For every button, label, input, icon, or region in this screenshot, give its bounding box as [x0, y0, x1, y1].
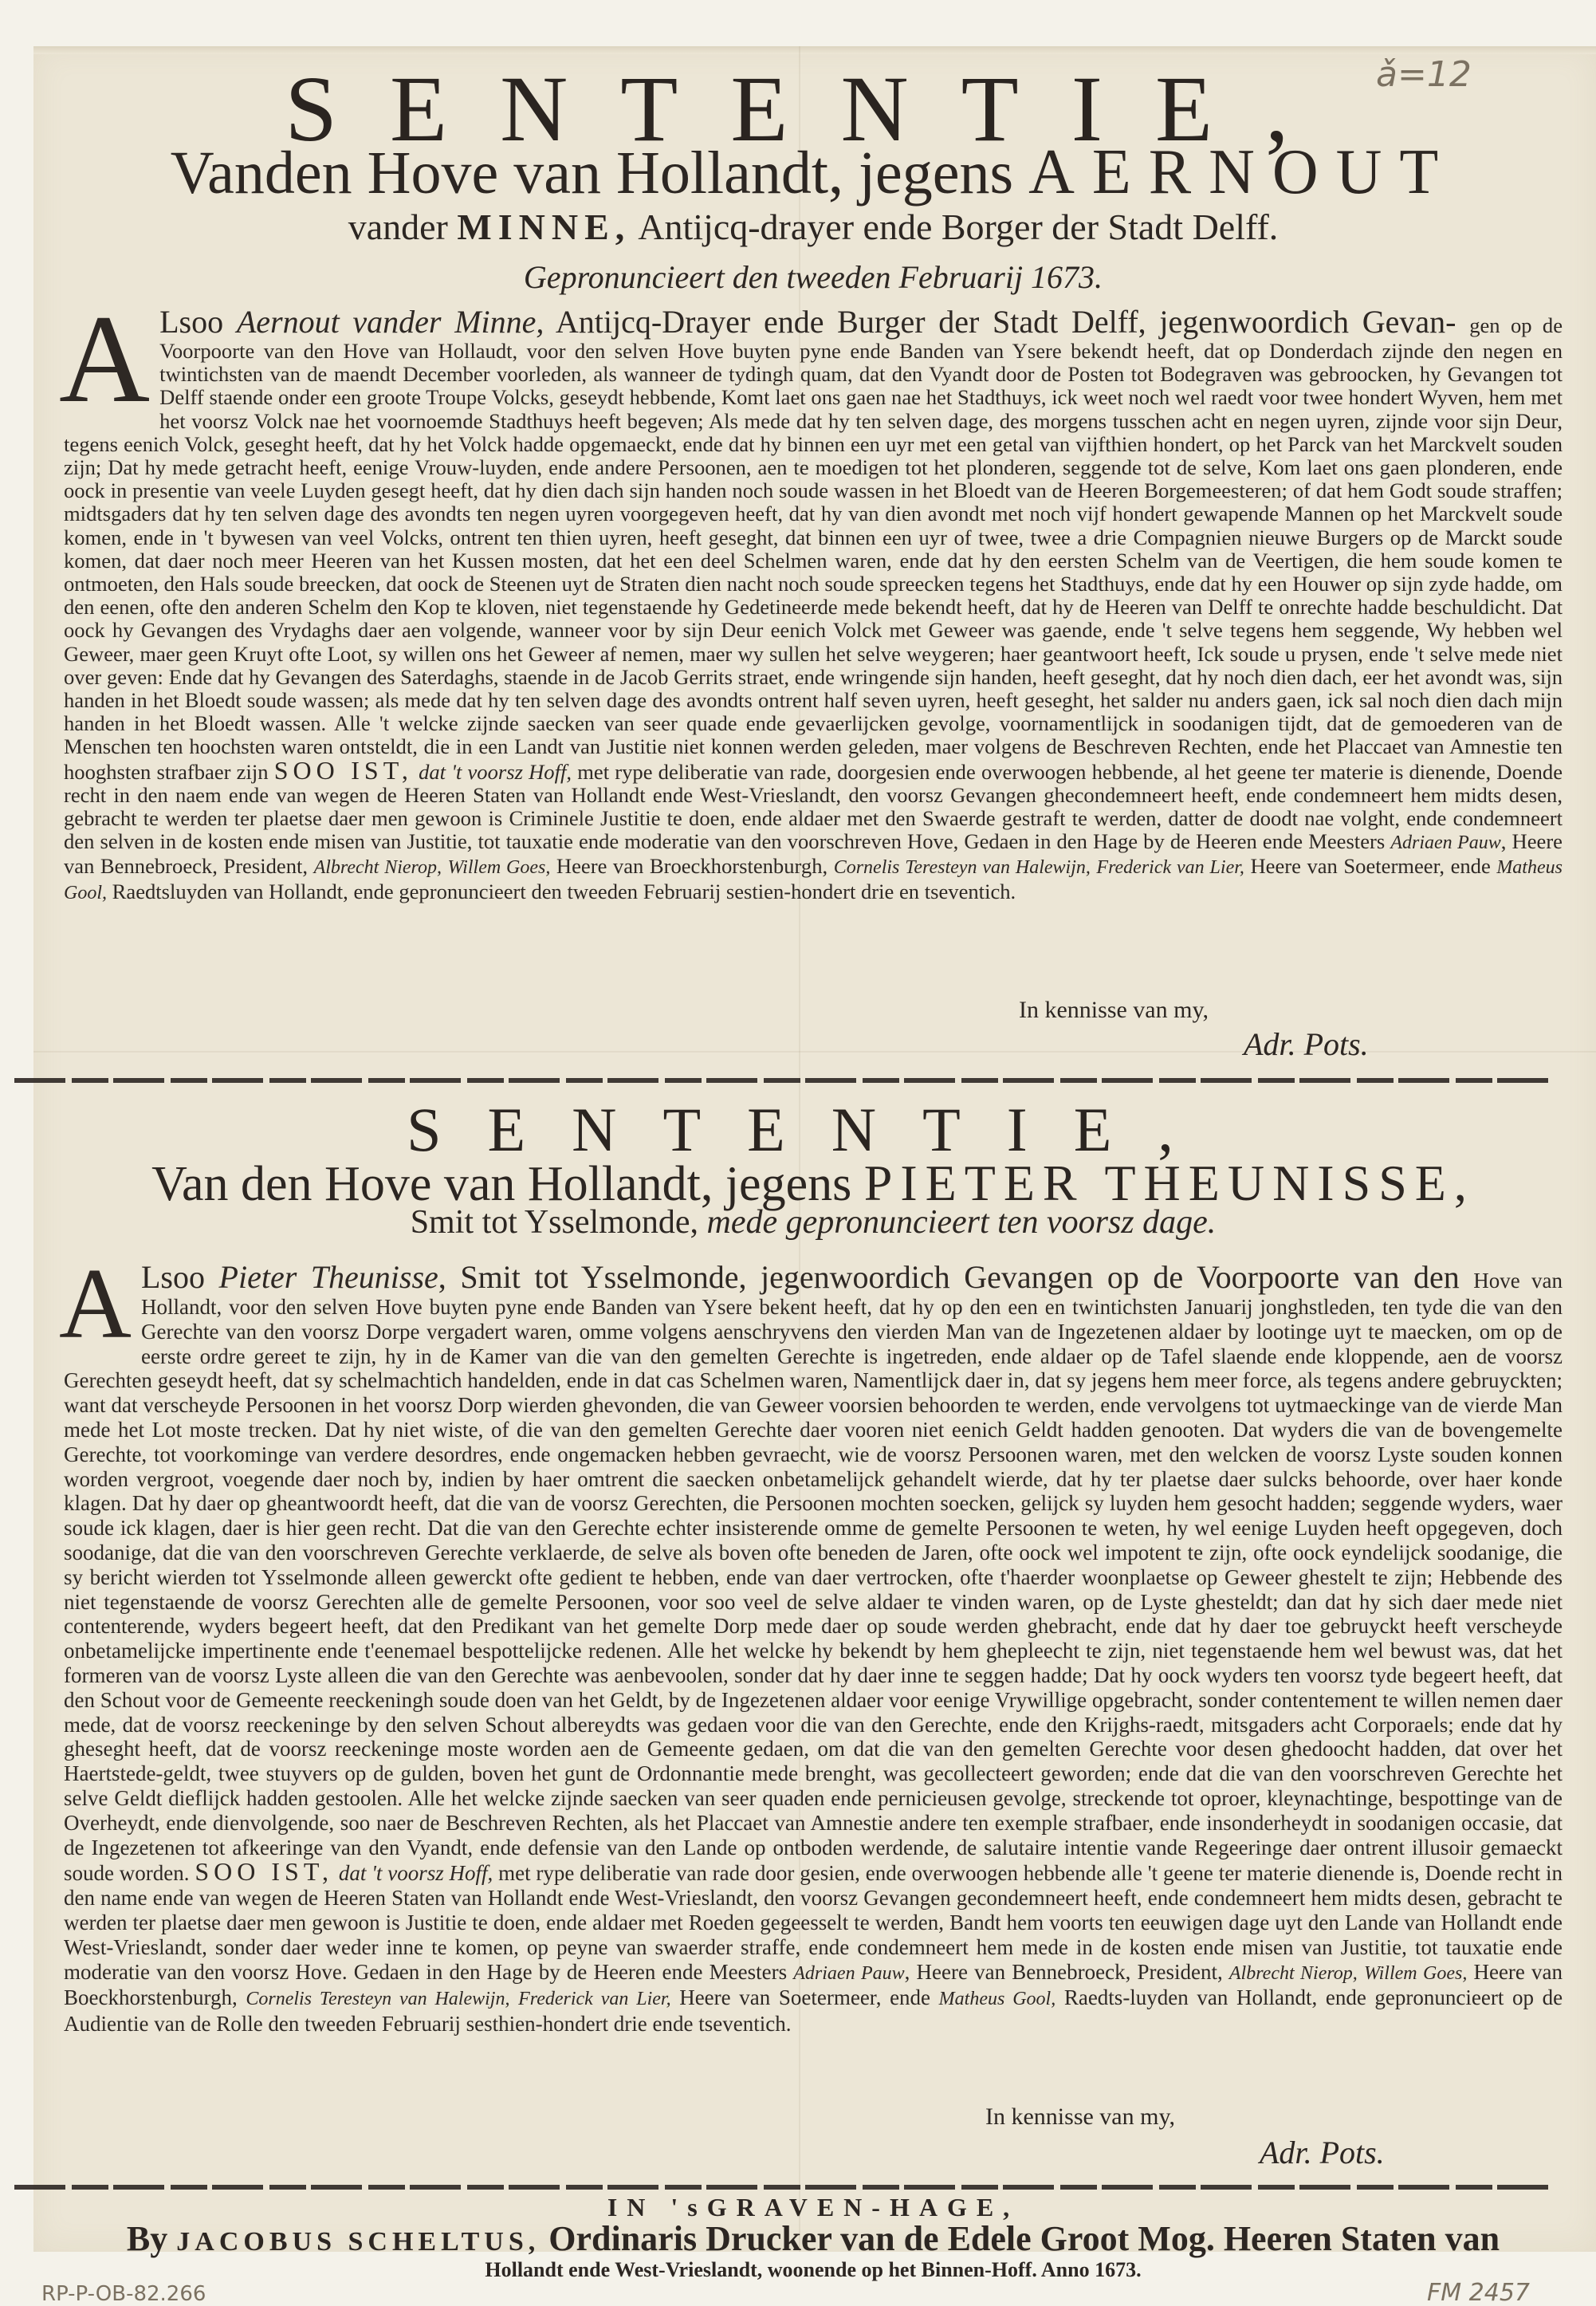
sentence1-subtitle-prefix: Vanden Hove van Hollandt, jegens: [171, 140, 1013, 207]
imprint-address: Hollandt ende West-Vrieslandt, woonende …: [485, 2258, 1036, 2281]
imprint-year: Anno 1673.: [1041, 2258, 1142, 2281]
sentence2-soo-ist: SOO IST,: [195, 1857, 333, 1886]
sentence2-body-part1: Hove van Hollandt, voor den selven Hove …: [64, 1269, 1563, 1885]
judge-name: Frederick van Lier,: [518, 1989, 670, 2009]
judge-name: Adriaen Pauw: [793, 1963, 904, 1984]
sentence1-subtitle: Vanden Hove van Hollandt, jegens AERNOUT: [64, 140, 1563, 204]
imprint-place: IN 'sGRAVEN-HAGE,: [64, 2194, 1563, 2220]
judge-title: Heere van Broeckhorstenburgh,: [556, 854, 827, 878]
judge-name: Cornelis Teresteyn van Halewijn,: [834, 857, 1091, 878]
sentence1-body-part1: gen op de Voorpoorte van den Hove van Ho…: [64, 313, 1563, 784]
judge-title: , Heere van Bennebroeck, President,: [905, 1960, 1223, 1984]
lead-text: Lsoo: [141, 1259, 205, 1295]
sentence2-line2-italic: mede gepronuncieert ten voorsz dage.: [707, 1204, 1217, 1241]
judge-name: Albrecht Nierop,: [314, 857, 442, 878]
lead-name: Pieter Theunisse: [219, 1259, 438, 1295]
sentence2-subtitle: Van den Hove van Hollandt, jegens PIETER…: [64, 1158, 1563, 1209]
lead-text: Lsoo: [159, 304, 223, 340]
sentence1-soo-ist: SOO IST,: [274, 756, 413, 785]
imprint-printer-name: JACOBUS SCHELTUS,: [176, 2227, 540, 2257]
sentence1-subtitle-line2: vander MINNE, Antijcq-drayer ende Borger…: [64, 209, 1563, 246]
sentence1-body: A Lsoo Aernout vander Minne, Antijcq-Dra…: [64, 305, 1563, 905]
lead-name: Aernout vander Minne,: [237, 304, 544, 340]
sentence2-signature: Adr. Pots.: [1260, 2137, 1385, 2169]
section-divider-rule: [14, 1078, 1550, 1083]
sentence2-line2: Smit tot Ysselmonde,: [411, 1204, 698, 1241]
sentence2-lead: Lsoo Pieter Theunisse, Smit tot Ysselmon…: [141, 1259, 1473, 1295]
judge-name: Frederick van Lier,: [1096, 857, 1244, 878]
sentence1-attestation: In kennisse van my,: [1019, 998, 1209, 1022]
sentence1-signature: Adr. Pots.: [1244, 1029, 1369, 1061]
imprint-by: By: [127, 2219, 167, 2258]
judge-name: Willem Goes,: [448, 857, 551, 878]
sentence1-defendant-name: AERNOUT: [1028, 137, 1456, 207]
sentence2-title: SENTENTIE,: [64, 1099, 1563, 1161]
lead-rest: Antijcq-Drayer ende Burger der Stadt Del…: [556, 304, 1456, 340]
judge-title: Heere van Soetermeer, ende: [679, 1985, 930, 2009]
sentence2-subtitle-prefix: Van den Hove van Hollandt, jegens: [151, 1157, 851, 1211]
sentence1-date: Gepronuncieert den tweeden Februarij 167…: [64, 262, 1563, 293]
judge-title: Heere van Soetermeer, ende: [1250, 854, 1490, 878]
judge-name: Cornelis Teresteyn van Halewijn,: [246, 1989, 509, 2009]
judge-name: Adriaen Pauw: [1390, 832, 1500, 853]
imprint-printer-line: By JACOBUS SCHELTUS, Ordinaris Drucker v…: [64, 2221, 1563, 2257]
sentence1-soo-ist-italic: dat 't voorsz Hoff,: [419, 760, 572, 784]
sentence1-line2-name: MINNE,: [457, 207, 631, 247]
sentence2-subtitle-line2: Smit tot Ysselmonde, mede gepronuncieert…: [64, 1206, 1563, 1239]
judge-name: Matheus Gool,: [939, 1989, 1056, 2009]
lead-rest: , Smit tot Ysselmonde, jegenwoordich Gev…: [438, 1259, 1460, 1295]
imprint-address-line: Hollandt ende West-Vrieslandt, woonende …: [64, 2260, 1563, 2280]
inventory-number-left: RP-P-OB-82.266: [41, 2282, 206, 2306]
sentence1-closing: Raedtsluyden van Hollandt, ende gepronun…: [112, 880, 1016, 903]
sentence1-line2-suffix: Antijcq-drayer ende Borger der Stadt Del…: [638, 207, 1278, 247]
sentence2-body: A Lsoo Pieter Theunisse, Smit tot Ysselm…: [64, 1260, 1563, 2036]
sentence1-line2-prefix: vander: [348, 207, 448, 247]
judge-name: Willem Goes,: [1364, 1963, 1467, 1984]
sentence2-dropcap: A: [59, 1263, 132, 1346]
sentence1-dropcap: A: [59, 308, 150, 411]
imprint-printer-title: Ordinaris Drucker van de Edele Groot Mog…: [548, 2219, 1500, 2258]
imprint-divider-rule: [14, 2185, 1550, 2190]
sentence1-lead: Lsoo Aernout vander Minne, Antijcq-Draye…: [159, 304, 1469, 340]
sentence2-soo-ist-italic: dat 't voorsz Hoff,: [339, 1861, 493, 1885]
sentence2-defendant-name: PIETER THEUNISSE,: [864, 1155, 1475, 1211]
judge-name: Albrecht Nierop,: [1229, 1963, 1358, 1984]
inventory-number-right: FM 2457: [1427, 2279, 1530, 2306]
sentence2-attestation: In kennisse van my,: [985, 2105, 1175, 2129]
